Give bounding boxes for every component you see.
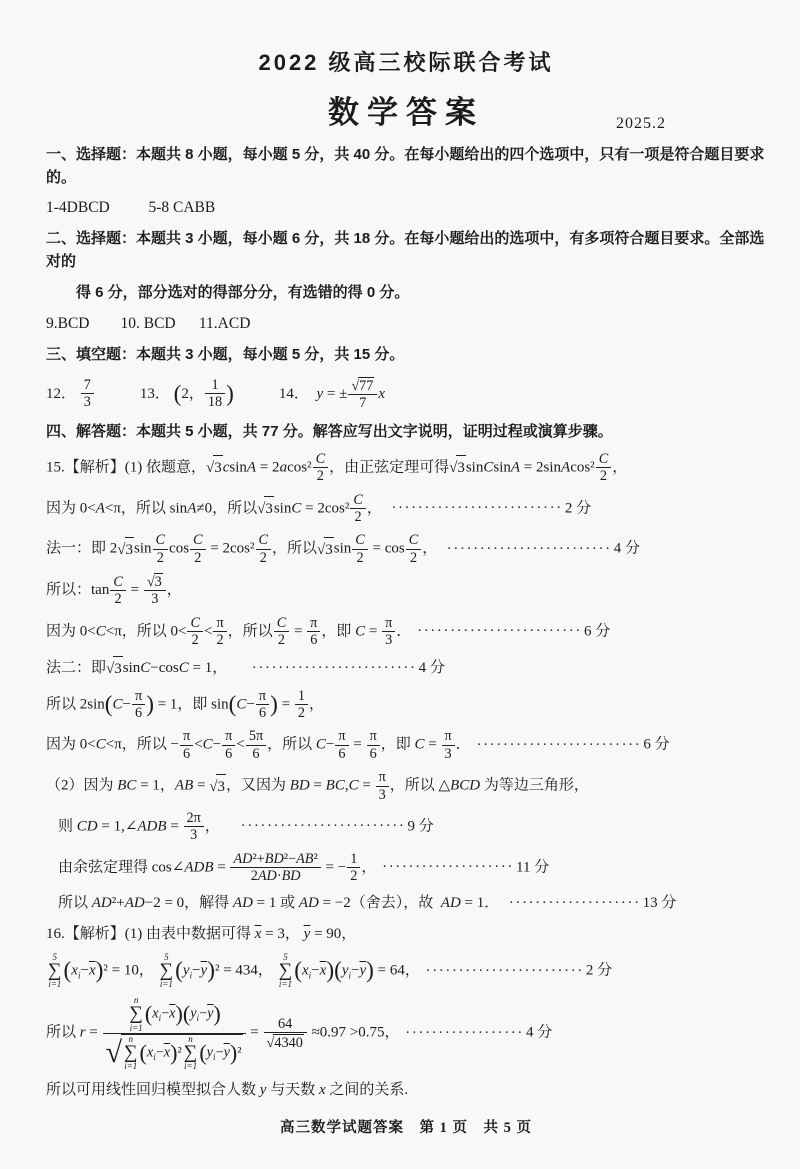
numerator: 64 xyxy=(264,1016,307,1032)
answer-line: 1-4DBCD 5-8 CABB xyxy=(46,196,766,219)
text: ，由正弦定理可得 xyxy=(329,459,449,475)
math-variable: C xyxy=(353,492,363,508)
math-variable: BC xyxy=(326,777,345,793)
text: = xyxy=(127,582,143,598)
denominator: 6 xyxy=(246,745,266,762)
text: ， xyxy=(309,696,324,712)
denominator: 6 xyxy=(335,745,348,762)
dotted-leader: ························· xyxy=(252,660,417,676)
section-heading: 一、选择题：本题共 8 小题，每小题 5 分，共 40 分。在每小题给出的四个选… xyxy=(46,144,766,189)
text: 3 xyxy=(265,501,273,517)
text: − xyxy=(123,696,131,712)
sigma-icon: ∑ xyxy=(160,962,174,980)
fraction: n∑i=1(xi−x)(yi−y)√n∑i=1(xi−x)²n∑i=1(yi−y… xyxy=(103,996,246,1070)
document-date: 2025.2 xyxy=(616,115,666,133)
text: 4 分 xyxy=(419,660,445,676)
numerator: C xyxy=(274,615,290,631)
text: − xyxy=(80,963,88,979)
text: −2 = 0，解得 xyxy=(145,895,233,911)
text: = xyxy=(193,777,209,793)
document-title: 2022 级高三校际联合考试 xyxy=(46,46,766,77)
sigma-icon: ∑ xyxy=(48,962,62,980)
radical: √3 xyxy=(257,496,274,521)
text: = − xyxy=(322,859,346,875)
section-heading: 二、选择题：本题共 3 小题，每小题 6 分，共 18 分。在每小题给出的选项中… xyxy=(46,228,766,273)
math-variable: BD xyxy=(282,868,301,884)
text: π xyxy=(370,728,377,744)
fraction: √33 xyxy=(144,573,166,608)
summation: n∑i=1 xyxy=(129,996,143,1032)
big-paren: ( xyxy=(105,691,113,717)
denominator: 3 xyxy=(81,393,94,410)
text: 2 xyxy=(356,550,363,566)
numerator: π xyxy=(213,615,226,631)
math-variable: x xyxy=(378,385,385,401)
section-heading: 四、解答题：本题共 5 小题，共 77 分。解答应写出文字说明，证明过程或演算步… xyxy=(46,421,766,444)
fraction: 64√4340 xyxy=(264,1016,307,1051)
denominator: 2 xyxy=(350,508,366,525)
math-line: 5∑i=1(xi−x)² = 10， 5∑i=1(yi−y)² = 434， 5… xyxy=(46,953,766,989)
text: sin xyxy=(274,500,292,516)
math-variable: C xyxy=(236,696,246,712)
numerator: 1 xyxy=(295,688,308,704)
text: = xyxy=(425,737,441,753)
text: π xyxy=(183,728,190,744)
text: − xyxy=(156,1044,164,1060)
math-variable: BD xyxy=(290,777,310,793)
text: π xyxy=(385,615,392,631)
dotted-leader: ························· xyxy=(417,623,582,639)
math-variable: A xyxy=(561,459,570,475)
radical: √4340 xyxy=(267,1034,304,1051)
math-variable: A xyxy=(247,459,256,475)
math-line: 因为 0<C<π，所以 −π6<C−π6<5π6，所以 C−π6 = π6，即 … xyxy=(46,728,766,762)
text: 法二：即 xyxy=(46,660,106,676)
math-line: 法二：即√3sinC−cosC = 1， ···················… xyxy=(46,656,766,681)
sum-lower: i=1 xyxy=(48,980,61,989)
numerator: π xyxy=(222,728,235,744)
text: 四、解答题：本题共 5 小题，共 77 分。解答应写出文字说明，证明过程或演算步… xyxy=(46,423,613,440)
radicand: 4340 xyxy=(273,1034,304,1051)
fraction: C2 xyxy=(256,532,272,566)
big-paren: ) xyxy=(207,958,215,984)
text: 3 xyxy=(217,779,225,795)
indexed-variable: x xyxy=(71,963,78,979)
text: − xyxy=(326,737,334,753)
radicand: n∑i=1(xi−x)²n∑i=1(yi−y)² xyxy=(121,1034,243,1071)
big-paren: ) xyxy=(146,691,154,717)
text: 3 xyxy=(84,394,91,410)
math-variable: C xyxy=(193,532,203,548)
text: = 3， xyxy=(261,926,303,942)
text: 6 xyxy=(370,746,377,762)
text: 2 xyxy=(298,705,305,721)
radicand: 3 xyxy=(456,455,466,480)
math-variable: ADB xyxy=(137,818,166,834)
text: 3 xyxy=(126,542,134,558)
text: = 90， xyxy=(310,926,356,942)
text: 7 xyxy=(84,377,91,393)
math-variable: C xyxy=(409,532,419,548)
numerator: C xyxy=(153,532,169,548)
text: （2）因为 xyxy=(46,777,117,793)
sigma-icon: ∑ xyxy=(129,1005,143,1023)
radical: √3 xyxy=(317,537,334,562)
text: 2 xyxy=(251,868,258,884)
text: 因为 0< xyxy=(46,500,96,516)
denominator: 18 xyxy=(205,393,225,410)
math-variable: BD xyxy=(265,851,284,867)
fraction: π3 xyxy=(376,769,389,803)
dotted-leader: ························· xyxy=(476,737,641,753)
math-variable: C xyxy=(277,615,287,631)
text: π xyxy=(135,688,142,704)
numerator: π xyxy=(382,615,395,631)
indexed-variable: x xyxy=(302,963,309,979)
denominator: 2 xyxy=(153,549,169,566)
text: = xyxy=(310,777,326,793)
radical: √3 xyxy=(206,455,223,480)
text: 2 xyxy=(600,468,607,484)
text: 6 分 xyxy=(643,737,669,753)
text: 3 xyxy=(325,542,333,558)
denominator: 6 xyxy=(307,631,320,648)
section-heading: 得 6 分，部分选对的得部分分，有选错的得 0 分。 xyxy=(46,282,766,305)
text: 3 xyxy=(151,591,158,607)
text: ， xyxy=(205,818,239,834)
math-line: 15.【解析】(1) 依题意，√3csinA = 2acos²C2，由正弦定理可… xyxy=(46,451,766,485)
text: ²+ xyxy=(252,851,264,867)
numerator: 1 xyxy=(347,851,360,867)
numerator: C xyxy=(596,451,612,467)
text: π xyxy=(310,615,317,631)
text: = xyxy=(167,818,183,834)
math-line: 12． 73 13． (2，118) 14． y = ±√777x xyxy=(46,377,766,412)
text: 6 xyxy=(252,746,259,762)
denominator: 6 xyxy=(132,704,145,721)
fraction: C2 xyxy=(313,451,329,485)
numerator: π xyxy=(367,728,380,744)
text: − xyxy=(192,963,200,979)
fraction: π6 xyxy=(367,728,380,762)
text: 3 xyxy=(114,661,122,677)
text: 1 xyxy=(211,377,218,393)
math-variable: C xyxy=(599,451,609,467)
answer-line: 9.BCD 10. BCD 11.ACD xyxy=(46,312,766,335)
math-variable: AD xyxy=(125,895,145,911)
text: 6 xyxy=(310,632,317,648)
text: 18 xyxy=(208,394,222,410)
radicand: 77 xyxy=(358,377,374,394)
text: 16.【解析】(1) 由表中数据可得 xyxy=(46,926,255,942)
fraction: π6 xyxy=(256,688,269,722)
fraction: C2 xyxy=(596,451,612,485)
big-paren: ( xyxy=(199,1040,206,1065)
text: = 64， xyxy=(374,963,424,979)
fraction: √777 xyxy=(348,377,377,412)
text: π xyxy=(338,728,345,744)
text: − xyxy=(216,1044,224,1060)
math-variable: C xyxy=(113,574,123,590)
sum-lower: i=1 xyxy=(160,980,173,989)
text: sin xyxy=(123,660,141,676)
text: 2 分 xyxy=(565,500,591,516)
numerator: 1 xyxy=(205,377,225,393)
fraction: π6 xyxy=(335,728,348,762)
denominator: 6 xyxy=(256,704,269,721)
text: 为等边三角形， xyxy=(480,777,589,793)
dotted-leader: ·················· xyxy=(405,1025,524,1041)
math-variable: C xyxy=(316,737,326,753)
fraction: C2 xyxy=(110,574,126,608)
text: 由余弦定理得 cos∠ xyxy=(58,859,184,875)
text: 9 分 xyxy=(408,818,434,834)
radical-sign: √ xyxy=(351,378,358,394)
text: ² xyxy=(177,1044,181,1060)
text: 11 分 xyxy=(516,859,549,875)
math-variable: C xyxy=(156,532,166,548)
numerator: 5π xyxy=(246,728,266,744)
text: < xyxy=(194,737,202,753)
text: ， xyxy=(167,582,182,598)
text: ， xyxy=(422,541,445,557)
math-variable: BC xyxy=(117,777,136,793)
fraction: π6 xyxy=(180,728,193,762)
text: 2 xyxy=(192,632,199,648)
big-paren: ( xyxy=(175,958,183,984)
document-subtitle: 数学答案 xyxy=(328,95,484,130)
math-variable: C xyxy=(291,500,301,516)
text: cos² xyxy=(287,459,312,475)
math-line: 所以 r = n∑i=1(xi−x)(yi−y)√n∑i=1(xi−x)²n∑i… xyxy=(46,996,766,1070)
numerator: AD²+BD²−AB² xyxy=(230,851,320,867)
numerator: π xyxy=(132,688,145,704)
math-variable: AD xyxy=(441,895,461,911)
text: = −2（舍去），故 xyxy=(319,895,441,911)
text: 12． xyxy=(46,385,80,401)
text: = xyxy=(214,859,230,875)
numerator: 7 xyxy=(81,377,94,393)
text: 之间的关系. xyxy=(326,1082,409,1098)
radical: √3 xyxy=(117,537,134,562)
numerator: π xyxy=(442,728,455,744)
text: 5π xyxy=(249,728,263,744)
fraction: C2 xyxy=(352,532,368,566)
text: ≈0.97 >0.75， xyxy=(308,1025,403,1041)
text: 6 xyxy=(183,746,190,762)
text: 2 xyxy=(355,509,362,525)
text: sin xyxy=(134,541,152,557)
text: 因为 0< xyxy=(46,737,96,753)
radical: √3 xyxy=(147,573,163,590)
denominator: 3 xyxy=(144,590,166,607)
denominator: 2 xyxy=(596,467,612,484)
text: − xyxy=(246,696,254,712)
text: <π，所以 0< xyxy=(106,623,187,639)
text: 2 xyxy=(217,632,224,648)
math-line: 16.【解析】(1) 由表中数据可得 x = 3， y = 90， xyxy=(46,922,766,946)
text: <π，所以 − xyxy=(106,737,179,753)
math-variable: C xyxy=(349,777,359,793)
math-line: 所以 AD²+AD−2 = 0，解得 AD = 1 或 AD = −2（舍去），… xyxy=(46,891,766,915)
numerator: √77 xyxy=(348,377,377,394)
text: 1 xyxy=(350,851,357,867)
text: 4 分 xyxy=(614,541,640,557)
radicand: 3 xyxy=(113,656,123,681)
fraction: C2 xyxy=(187,615,203,649)
text: π xyxy=(445,728,452,744)
fraction: 12 xyxy=(295,688,308,722)
text: ，即 xyxy=(381,737,415,753)
text: 15.【解析】(1) 依题意， xyxy=(46,459,206,475)
text: = 2cos² xyxy=(301,500,349,516)
numerator: C xyxy=(352,532,368,548)
radical-sign: √ xyxy=(317,542,324,558)
text: ² = 10， xyxy=(103,963,157,979)
text: − xyxy=(199,1006,207,1022)
math-variable: CD xyxy=(77,818,98,834)
math-variable: C xyxy=(179,660,189,676)
radical: √3 xyxy=(106,656,123,681)
text: 2 xyxy=(350,868,357,884)
radicand: 3 xyxy=(216,774,226,799)
text: 因为 0< xyxy=(46,623,96,639)
indexed-variable: y xyxy=(183,963,190,979)
math-line: 因为 0<C<π，所以 0<C2<π2，所以C2 = π6，即 C = π3． … xyxy=(46,615,766,649)
text: 2 xyxy=(410,550,417,566)
big-paren: ) xyxy=(326,958,334,984)
text: − xyxy=(311,963,319,979)
math-variable: C xyxy=(96,737,106,753)
text: sin xyxy=(466,459,484,475)
text: 得 6 分，部分选对的得部分分，有选错的得 0 分。 xyxy=(76,284,409,301)
numerator: π xyxy=(307,615,320,631)
text: = xyxy=(365,623,381,639)
fraction: π2 xyxy=(213,615,226,649)
text: ²− xyxy=(284,851,296,867)
text: sin xyxy=(334,541,352,557)
denominator: √4340 xyxy=(264,1032,307,1050)
denominator: 2 xyxy=(352,549,368,566)
text: ² xyxy=(314,851,318,867)
text: 所以 xyxy=(46,1025,80,1041)
radicand: 3 xyxy=(154,573,163,590)
fraction: C2 xyxy=(406,532,422,566)
text: 3 xyxy=(385,632,392,648)
text: ． xyxy=(396,623,415,639)
text: = 1， xyxy=(189,660,250,676)
text: 2 xyxy=(260,550,267,566)
denominator: 3 xyxy=(442,745,455,762)
text: π xyxy=(216,615,223,631)
text: 6 分 xyxy=(584,623,610,639)
radical: √3 xyxy=(449,455,466,480)
denominator: 3 xyxy=(184,826,204,843)
fraction: C2 xyxy=(274,615,290,649)
section-heading: 三、填空题：本题共 3 小题，每小题 5 分，共 15 分。 xyxy=(46,344,766,367)
text: cos² xyxy=(570,459,595,475)
numerator: C xyxy=(256,532,272,548)
text: = 1,∠ xyxy=(98,818,138,834)
text: 6 xyxy=(338,746,345,762)
denominator: 6 xyxy=(222,745,235,762)
math-variable: C xyxy=(203,737,213,753)
fraction: 12 xyxy=(347,851,360,885)
fraction: 5π6 xyxy=(246,728,266,762)
denominator: 2 xyxy=(187,631,203,648)
dotted-leader: ························· xyxy=(241,818,406,834)
text: 13 分 xyxy=(643,895,677,911)
radical-sign: √ xyxy=(209,779,216,795)
big-paren: ( xyxy=(334,958,342,984)
text: 2 xyxy=(278,632,285,648)
big-paren: ) xyxy=(366,958,374,984)
text: = xyxy=(359,777,375,793)
text: = 1 或 xyxy=(253,895,299,911)
text: 二、选择题：本题共 3 小题，每小题 6 分，共 18 分。在每小题给出的选项中… xyxy=(46,230,764,270)
denominator: 7 xyxy=(348,394,377,411)
denominator: 2 xyxy=(295,704,308,721)
numerator: π xyxy=(180,728,193,744)
text: ，即 xyxy=(321,623,355,639)
sum-lower: i=1 xyxy=(279,980,292,989)
text: ² = 434， xyxy=(215,963,277,979)
document-body: 一、选择题：本题共 8 小题，每小题 5 分，共 40 分。在每小题给出的四个选… xyxy=(46,144,766,1102)
numerator: C xyxy=(190,532,206,548)
text: 2 分 xyxy=(586,963,612,979)
text: ² xyxy=(237,1044,241,1060)
math-variable: ADB xyxy=(184,859,213,875)
big-paren: ) xyxy=(270,691,278,717)
radical-sign: √ xyxy=(106,1036,121,1069)
summation: 5∑i=1 xyxy=(160,953,174,989)
text: ， xyxy=(612,459,627,475)
math-variable: A xyxy=(511,459,520,475)
math-variable: AD xyxy=(92,895,112,911)
text: < xyxy=(236,737,244,753)
math-variable: AD xyxy=(299,895,319,911)
math-variable: C xyxy=(96,623,106,639)
math-variable: C xyxy=(140,660,150,676)
text: 三、填空题：本题共 3 小题，每小题 5 分，共 15 分。 xyxy=(46,346,404,363)
text: 与天数 xyxy=(266,1082,319,1098)
text: 3 xyxy=(155,574,162,590)
math-variable: C xyxy=(259,532,269,548)
text: = cos xyxy=(369,541,405,557)
text: sin xyxy=(493,459,511,475)
text: = ± xyxy=(323,385,347,401)
fraction: C2 xyxy=(350,492,366,526)
math-variable: C xyxy=(190,615,200,631)
text: 64 xyxy=(278,1016,292,1032)
denominator: 6 xyxy=(180,745,193,762)
radical: √3 xyxy=(209,774,226,799)
text: 2 xyxy=(194,550,201,566)
fraction: π6 xyxy=(222,728,235,762)
text: 2π xyxy=(187,810,201,826)
math-variable: AB xyxy=(175,777,193,793)
fraction: 118 xyxy=(205,377,225,411)
text: ，所以 △ xyxy=(390,777,450,793)
summation: n∑i=1 xyxy=(184,1035,198,1071)
radical-sign: √ xyxy=(147,574,154,590)
text: = 2sin xyxy=(520,459,561,475)
text: ，所以 xyxy=(267,737,316,753)
denominator: √n∑i=1(xi−x)²n∑i=1(yi−y)² xyxy=(103,1033,246,1071)
sum-lower: i=1 xyxy=(124,1062,137,1071)
numerator: 2π xyxy=(184,810,204,826)
denominator: 2 xyxy=(256,549,272,566)
